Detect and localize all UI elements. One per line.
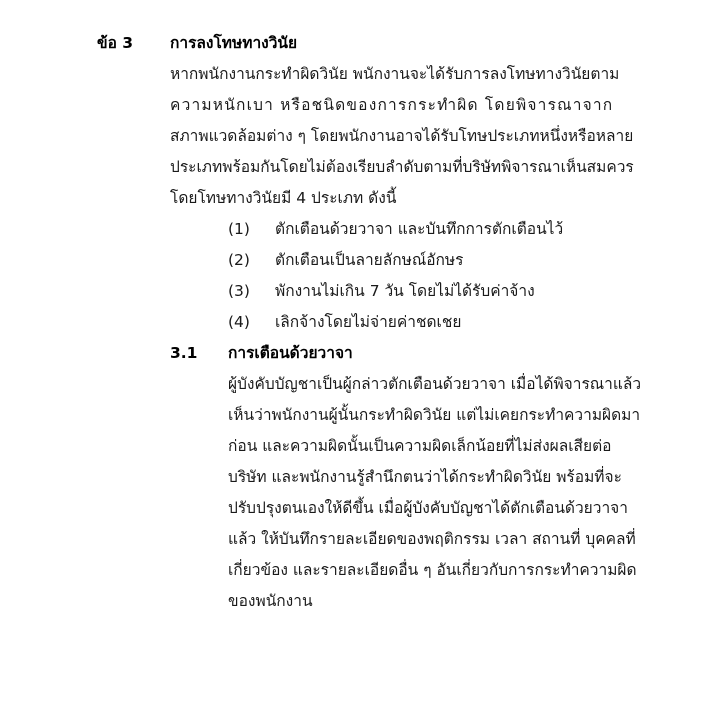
article-paragraph-line: ความหนักเบา หรือชนิดของการกระทำผิด โดยพิ… bbox=[170, 94, 613, 116]
article-paragraph-line: หากพนักงานกระทำผิดวินัย พนักงานจะได้รับก… bbox=[170, 63, 619, 85]
section-paragraph-line: ก่อน และความผิดนั้นเป็นความผิดเล็กน้อยที… bbox=[228, 435, 611, 457]
section-paragraph-line: ผู้บังคับบัญชาเป็นผู้กล่าวตักเตือนด้วยวา… bbox=[228, 373, 641, 395]
article-number: ข้อ 3 bbox=[97, 32, 133, 54]
list-item-text: ตักเตือนเป็นลายลักษณ์อักษร bbox=[275, 249, 463, 271]
section-paragraph-line: แล้ว ให้บันทึกรายละเอียดของพฤติกรรม เวลา… bbox=[228, 528, 636, 550]
list-item-text: ตักเตือนด้วยวาจา และบันทึกการตักเตือนไว้ bbox=[275, 218, 563, 240]
article-title: การลงโทษทางวินัย bbox=[170, 32, 297, 54]
list-item-number: (1) bbox=[228, 218, 250, 240]
list-item-number: (3) bbox=[228, 280, 250, 302]
section-paragraph-line: ปรับปรุงตนเองให้ดีขึ้น เมื่อผู้บังคับบัญ… bbox=[228, 497, 628, 519]
section-paragraph-line: เกี่ยวข้อง และรายละเอียดอื่น ๆ อันเกี่ยว… bbox=[228, 559, 637, 581]
list-item-number: (4) bbox=[228, 311, 250, 333]
article-paragraph-line: ประเภทพร้อมกันโดยไม่ต้องเรียบลำดับตามที่… bbox=[170, 156, 634, 178]
list-item-text: พักงานไม่เกิน 7 วัน โดยไม่ได้รับค่าจ้าง bbox=[275, 280, 535, 302]
section-paragraph-line: ของพนักงาน bbox=[228, 590, 313, 612]
section-title: การเตือนด้วยวาจา bbox=[228, 342, 353, 364]
list-item-number: (2) bbox=[228, 249, 250, 271]
section-paragraph-line: เห็นว่าพนักงานผู้นั้นกระทำผิดวินัย แต่ไม… bbox=[228, 404, 640, 426]
article-paragraph-line: สภาพแวดล้อมต่าง ๆ โดยพนักงานอาจได้รับโทษ… bbox=[170, 125, 633, 147]
section-number: 3.1 bbox=[170, 342, 197, 364]
section-paragraph-line: บริษัท และพนักงานรู้สำนึกตนว่าได้กระทำผิ… bbox=[228, 466, 622, 488]
article-paragraph-line: โดยโทษทางวินัยมี 4 ประเภท ดังนี้ bbox=[170, 187, 396, 209]
list-item-text: เลิกจ้างโดยไม่จ่ายค่าชดเชย bbox=[275, 311, 461, 333]
